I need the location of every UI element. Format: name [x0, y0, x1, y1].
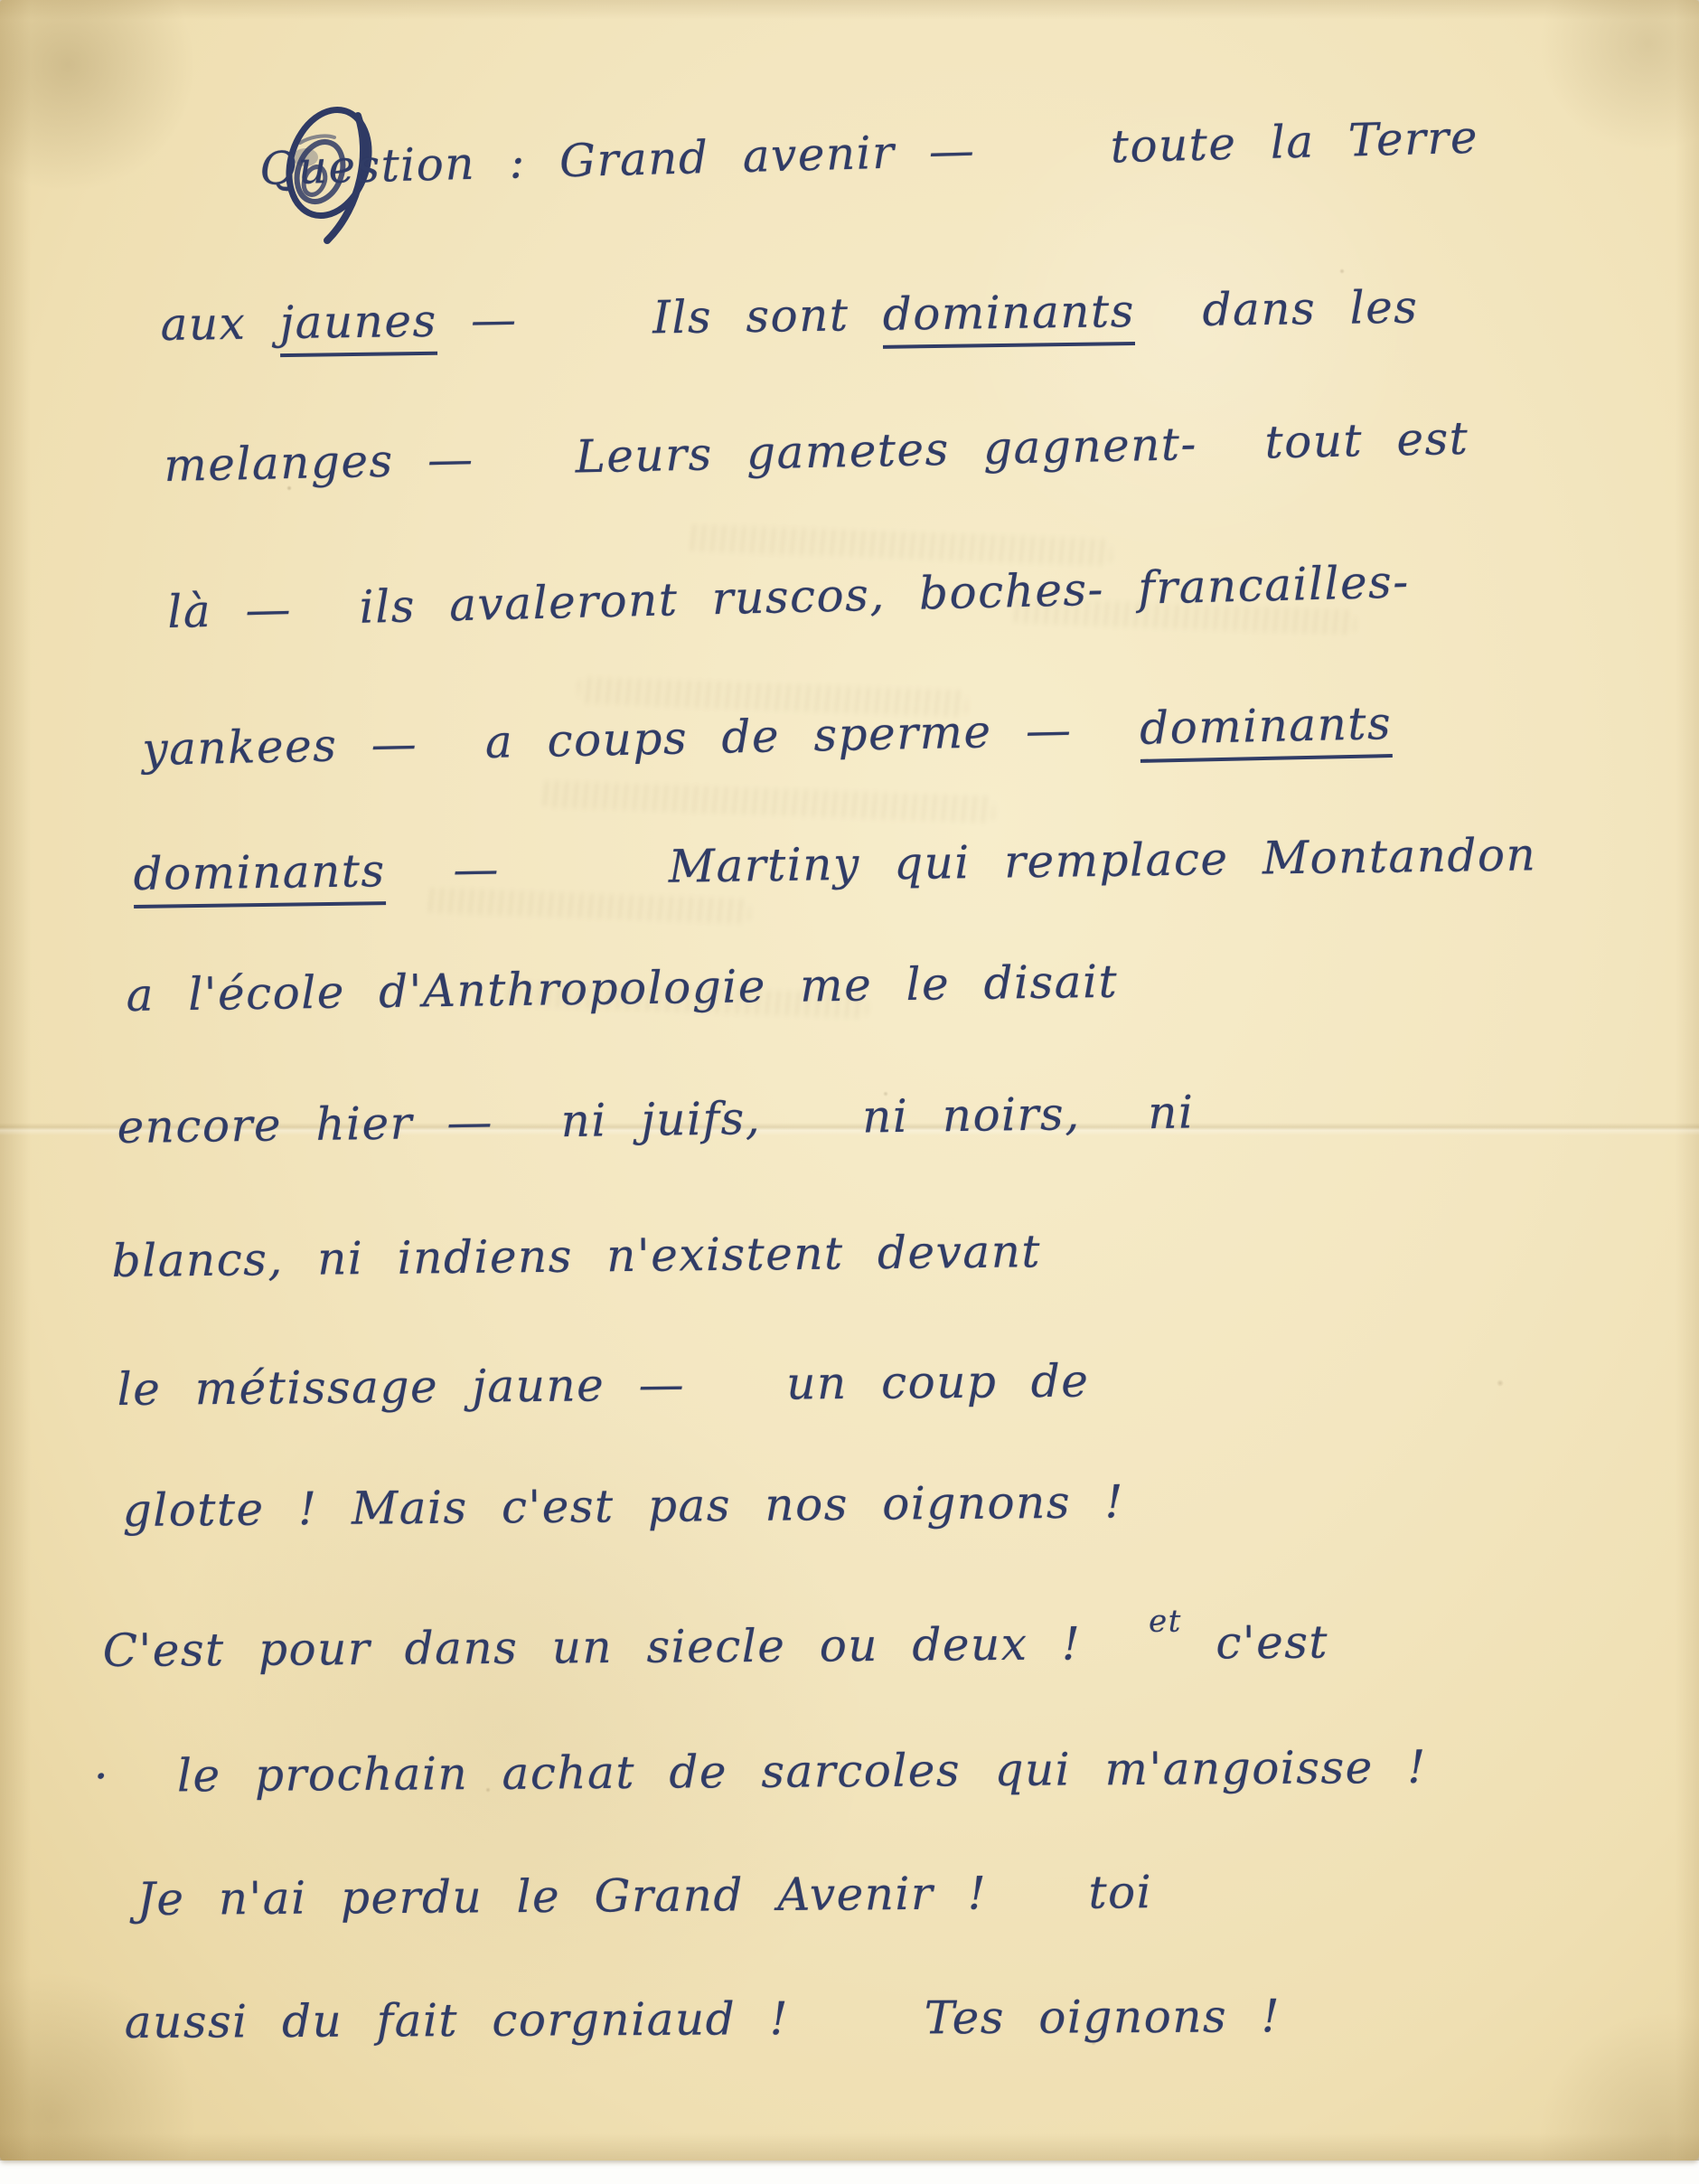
scan-background: Question : Grand avenir — toute la Terre… — [0, 0, 1699, 2184]
letter-line: Je n'ai perdu le Grand Avenir ! toi — [137, 1866, 1153, 1925]
text-segment: le métissage jaune — un coup de — [117, 1355, 1089, 1416]
text-segment: glotte ! Mais c'est pas nos oignons ! — [122, 1475, 1124, 1537]
text-segment: — Ils sont — [436, 288, 883, 347]
text-segment: encore hier — ni juifs, ni noirs, ni — [117, 1086, 1195, 1153]
text-segment: aux — [160, 297, 280, 351]
text-segment: · le prochain achat de sarcoles qui m'an… — [94, 1741, 1427, 1803]
text-segment: Question : Grand avenir — — [258, 120, 1111, 195]
text-segment: là — ils avaleront ruscos, boches- franc… — [167, 555, 1411, 638]
text-segment: aussi du fait corgniaud ! Tes oignons ! — [125, 1990, 1281, 2048]
text-segment: c'est — [1182, 1616, 1328, 1670]
letter-line: Question : Grand avenir — toute la Terre — [258, 111, 1478, 195]
text-segment: yankees — a coups de sperme — — [142, 702, 1140, 776]
letter-line: là — ils avaleront ruscos, boches- franc… — [167, 555, 1411, 638]
underlined-word: dominants — [1140, 697, 1393, 763]
text-segment: dans les — [1134, 281, 1418, 337]
text-segment: C'est pour dans un siecle ou deux ! — [103, 1617, 1150, 1677]
letter-line: · le prochain achat de sarcoles qui m'an… — [94, 1741, 1427, 1803]
verso-show-through — [542, 780, 995, 823]
underlined-word: jaunes — [279, 295, 437, 357]
letter-line: aux jaunes — Ils sont dominants dans les — [160, 281, 1419, 351]
underlined-word: dominants — [882, 285, 1135, 349]
text-segment: a l'école d'Anthropologie me le disait — [126, 955, 1118, 1021]
letter-line: glotte ! Mais c'est pas nos oignons ! — [122, 1475, 1124, 1537]
letter-line: dominants — Martiny qui remplace Montand… — [133, 828, 1536, 900]
letter-line: encore hier — ni juifs, ni noirs, ni — [117, 1086, 1195, 1153]
underlined-word: dominants — [133, 844, 386, 908]
letter-paper: Question : Grand avenir — toute la Terre… — [0, 0, 1699, 2160]
text-segment: — Martiny qui remplace Montandon — [385, 828, 1536, 897]
text-segment: melanges — Leurs gametes gagnent- tout e… — [164, 412, 1469, 492]
letter-line: a l'école d'Anthropologie me le disait — [126, 955, 1118, 1021]
text-segment: Je n'ai perdu le Grand Avenir ! toi — [137, 1866, 1153, 1925]
letter-line: aussi du fait corgniaud ! Tes oignons ! — [125, 1990, 1281, 2048]
letter-line: le métissage jaune — un coup de — [117, 1355, 1089, 1416]
letter-line: yankees — a coups de sperme — dominants — [142, 697, 1393, 776]
letter-line: melanges — Leurs gametes gagnent- tout e… — [164, 412, 1469, 492]
letter-line: C'est pour dans un siecle ou deux ! et c… — [102, 1603, 1328, 1677]
letter-line: blancs, ni indiens n'existent devant — [111, 1225, 1041, 1287]
text-segment: blancs, ni indiens n'existent devant — [111, 1225, 1041, 1287]
interlinear-insertion: et — [1149, 1604, 1182, 1640]
text-segment: toute la Terre — [1110, 111, 1479, 174]
verso-show-through — [687, 524, 1112, 566]
